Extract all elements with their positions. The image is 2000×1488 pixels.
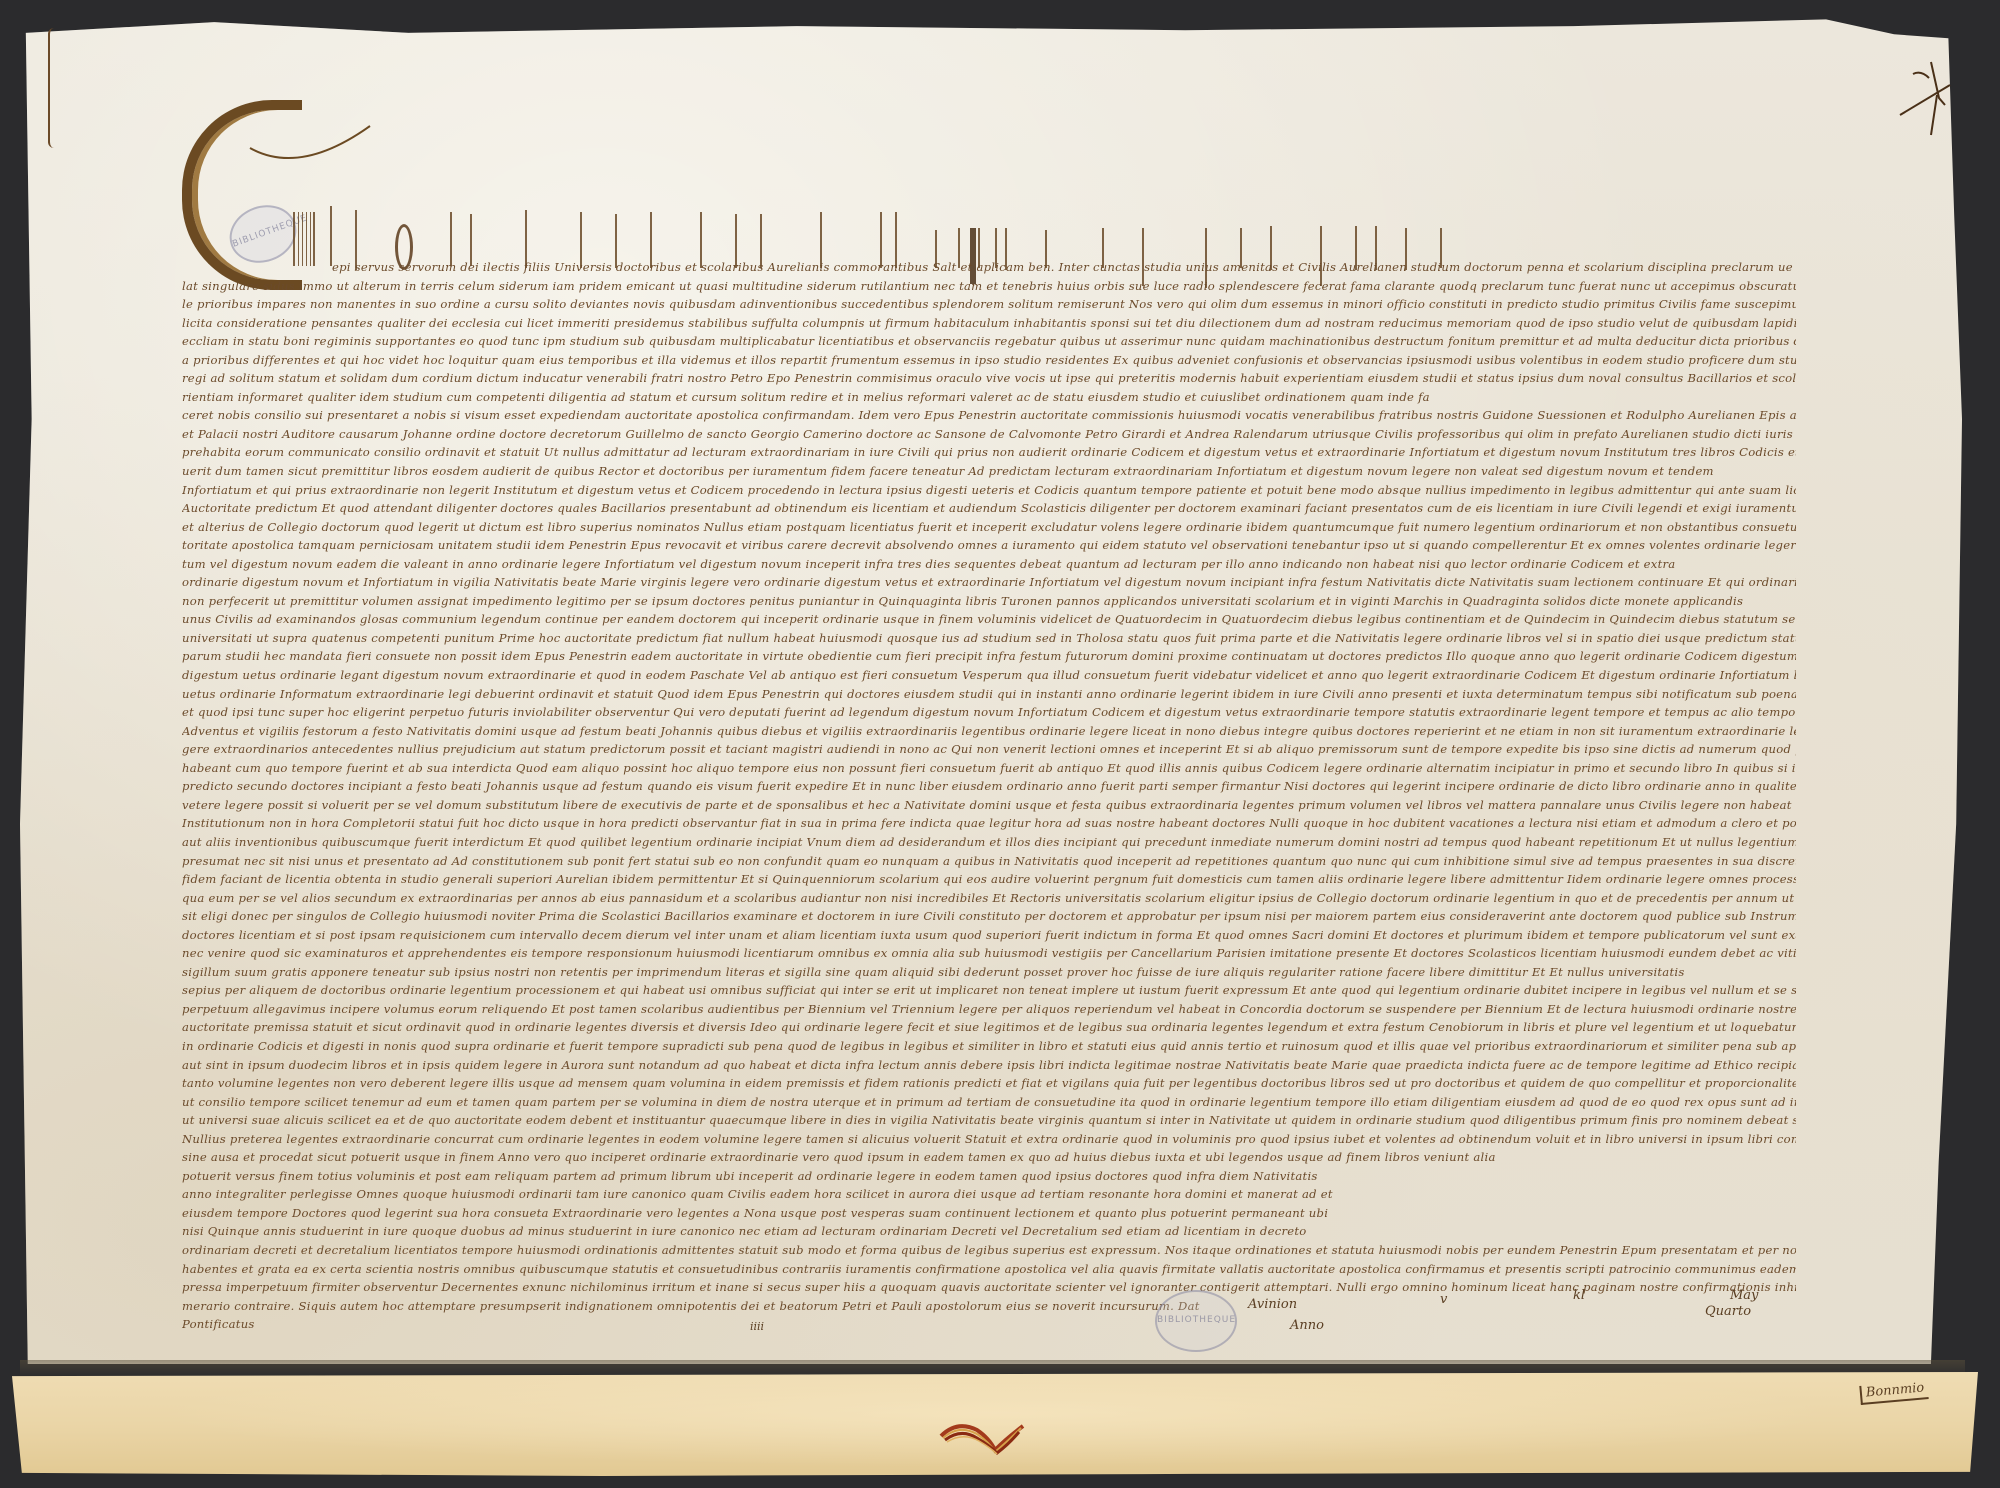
text-line: ordinariam decreti et decretalium licent… [182,1241,1796,1260]
opening-line: epi servus servorum dei ilectis filiis U… [182,258,1796,277]
text-line: nisi Quinque annis studuerint in iure qu… [182,1222,1796,1241]
text-line: doctores licentiam et si post ipsam requ… [182,926,1796,945]
text-line: eccliam in statu boni regiminis supporta… [182,332,1796,351]
text-line: a prioribus differentes et qui hoc videt… [182,351,1796,370]
text-line: parum studii hec mandata fieri consuete … [182,647,1796,666]
text-line: non perfecerit ut premittitur volumen as… [182,592,1796,611]
text-line: universitati ut supra quatenus competent… [182,629,1796,648]
text-line: rientiam informaret qualiter idem studiu… [182,388,1796,407]
text-line: et quod ipsi tunc super hoc eligerint pe… [182,703,1796,722]
text-line: licita consideratione pensantes qualiter… [182,314,1796,333]
text-line: Adventus et vigiliis festorum a festo Na… [182,722,1796,741]
text-line: perpetuum allegavimus incipere volumus e… [182,1000,1796,1019]
margin-bracket-mark [48,28,58,148]
text-line: ut universi suae alicuis scilicet ea et … [182,1111,1796,1130]
text-line: tum vel digestum novum eadem die valeant… [182,555,1796,574]
text-line: in ordinarie Codicis et digesti in nonis… [182,1037,1796,1056]
text-line: uerit dum tamen sicut premittitur libros… [182,462,1796,481]
text-line: auctoritate premissa statuit et sicut or… [182,1018,1796,1037]
text-line: ut consilio tempore scilicet tenemur ad … [182,1093,1796,1112]
text-line: sit eligi donec per singulos de Collegio… [182,907,1796,926]
text-line: ceret nobis consilio sui presentaret a n… [182,406,1796,425]
text-line: tanto volumine legentes non vero deberen… [182,1074,1796,1093]
text-line: digestum uetus ordinarie legant digestum… [182,666,1796,685]
initial-flourish-icon [240,118,380,178]
text-line: habentes et grata ea ex certa scientia n… [182,1260,1796,1279]
dating-numeral-v: v [1440,1292,1447,1307]
text-line [182,1334,1796,1353]
dating-avinion: Avinion [1248,1297,1297,1312]
text-line: le prioribus impares non manentes in suo… [182,295,1796,314]
text-line: Infortiatum et qui prius extraordinarie … [182,481,1796,500]
archive-stamp: BIBLIOTHEQUE [1155,1290,1237,1352]
cross-mark-icon [1895,60,1955,140]
text-line: gere extraordinarios antecedentes nulliu… [182,740,1796,759]
text-block: epi servus servorum dei ilectis filiis U… [182,258,1796,1371]
text-line: sepius per aliquem de doctoribus ordinar… [182,981,1796,1000]
text-line: Institutionum non in hora Completorii st… [182,814,1796,833]
dating-anno: Anno [1290,1318,1324,1333]
text-line: lat singulare sidus immo ut alterum in t… [182,277,1796,296]
dating-may: May [1730,1288,1758,1303]
text-line: vetere legere possit si voluerit per se … [182,796,1796,815]
text-line: regi ad solitum statum et solidam dum co… [182,369,1796,388]
silk-seal-cord-icon [937,1418,1037,1456]
text-line: presumat nec sit nisi unus et presentato… [182,852,1796,871]
text-line: merario contraire. Siquis autem hoc atte… [182,1297,1796,1316]
text-line: Auctoritate predictum Et quod attendant … [182,499,1796,518]
text-line: anno integraliter perlegisse Omnes quoqu… [182,1185,1796,1204]
text-line: eiusdem tempore Doctores quod legerint s… [182,1204,1796,1223]
text-line: predicto secundo doctores incipiant a fe… [182,777,1796,796]
dating-quarto: Quarto [1705,1304,1751,1319]
text-line: et alterius de Collegio doctorum quod le… [182,518,1796,537]
text-line: pressa imperpetuum firmiter observentur … [182,1278,1796,1297]
text-line: prehabita eorum communicato consilio ord… [182,443,1796,462]
text-line: aut aliis inventionibus quibuscumque fue… [182,833,1796,852]
text-line: toritate apostolica tamquam perniciosam … [182,536,1796,555]
text-line: qua eum per se vel alios secundum ex ext… [182,889,1796,908]
text-line: unus Civilis ad examinandos glosas commu… [182,610,1796,629]
text-line: ordinarie digestum novum et Infortiatum … [182,573,1796,592]
text-line: aut sint in ipsum duodecim libros et in … [182,1056,1796,1075]
text-line: habeant cum quo tempore fuerint et ab su… [182,759,1796,778]
dating-kl: kl [1573,1288,1585,1303]
elongated-letter-stroke [330,206,332,266]
text-line: potuerit versus finem totius voluminis e… [182,1167,1796,1186]
text-line: Nullius preterea legentes extraordinarie… [182,1130,1796,1149]
text-line: sigillum suum gratis apponere teneatur s… [182,963,1796,982]
text-line: fidem faciant de licentia obtenta in stu… [182,870,1796,889]
text-line: Pontificatus [182,1315,1796,1334]
text-line: sine ausa et procedat sicut potuerit usq… [182,1148,1796,1167]
text-line: nec venire quod sic examinaturos et appr… [182,944,1796,963]
text-line: et Palacii nostri Auditore causarum Joha… [182,425,1796,444]
dating-iiii: iiii [750,1320,764,1333]
text-line: uetus ordinarie Informatum extraordinari… [182,685,1796,704]
